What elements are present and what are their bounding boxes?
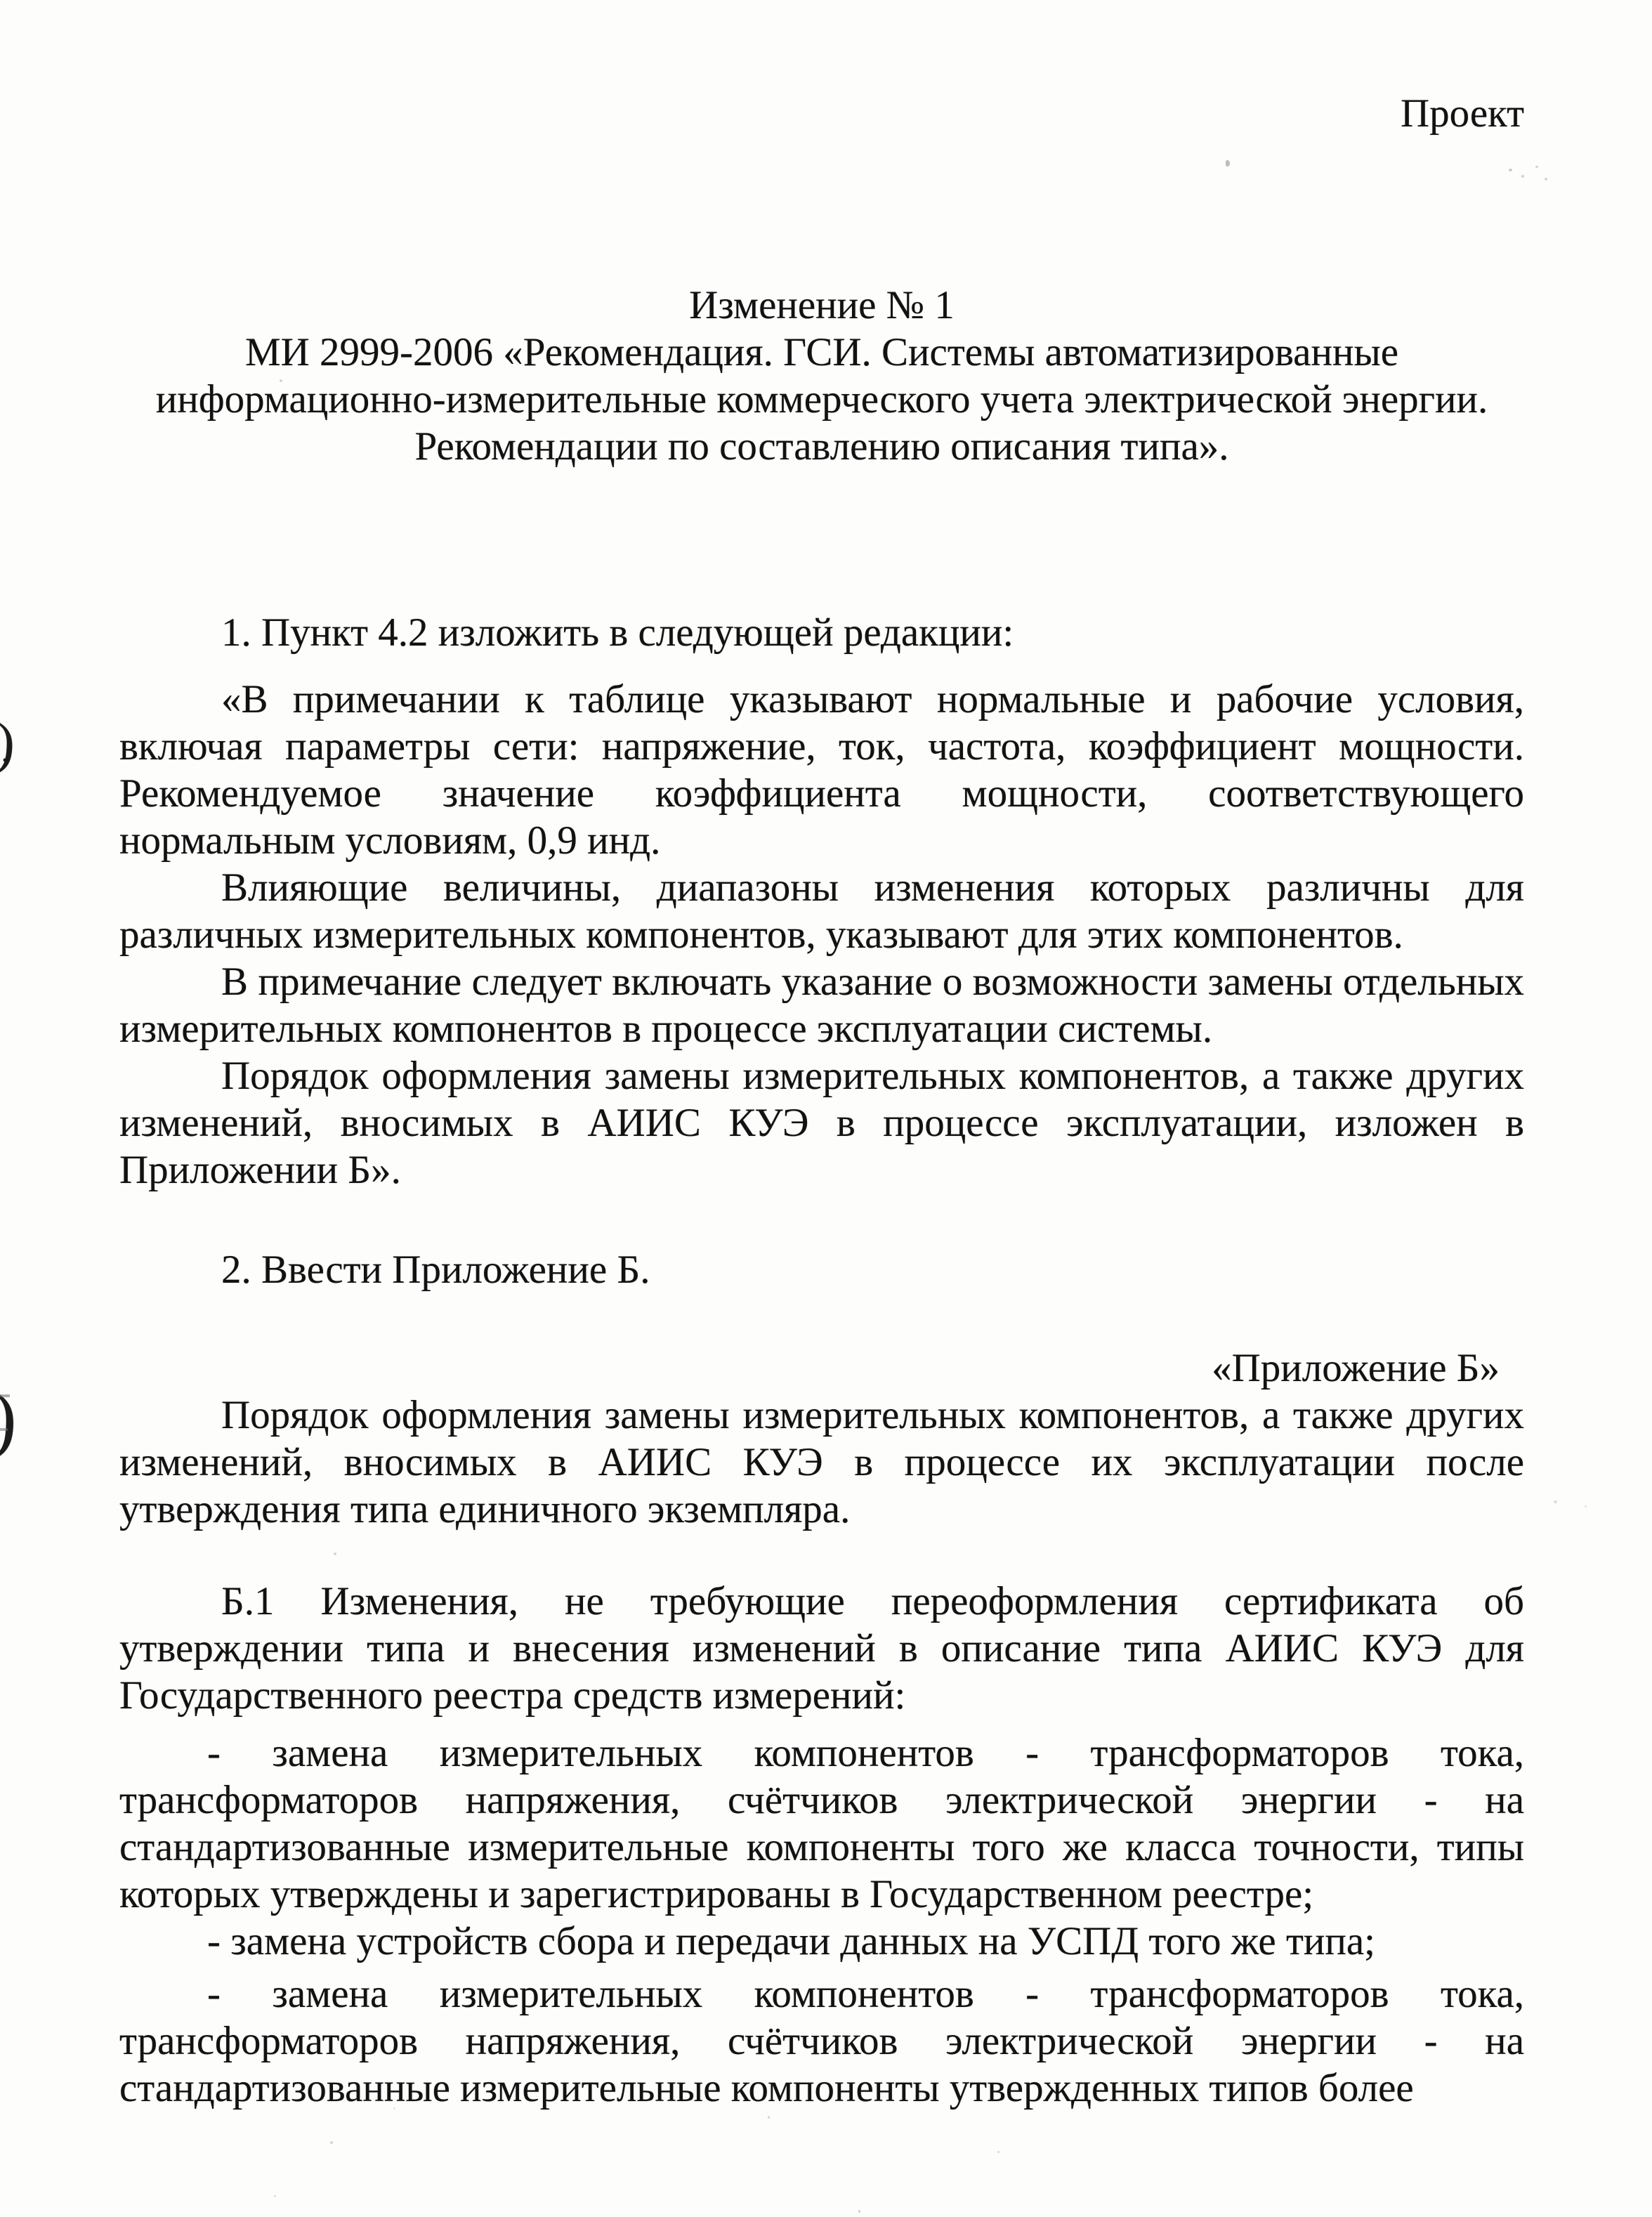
section-2-heading: 2. Ввести Приложение Б.: [119, 1246, 1524, 1293]
title-line-3: информационно-измерительные коммерческог…: [119, 376, 1524, 423]
document-title: Изменение № 1 МИ 2999-2006 «Рекомендация…: [119, 282, 1524, 470]
scan-speckle: [1585, 1505, 1587, 1508]
title-line-1: Изменение № 1: [119, 282, 1524, 329]
list-item: - замена измерительных компонентов - тра…: [119, 1970, 1524, 2112]
scan-artifact-parenthesis: ): [0, 1382, 19, 1459]
paragraph: Влияющие величины, диапазоны изменения к…: [119, 864, 1524, 958]
scan-speckle: [858, 2210, 860, 2213]
annex-intro-paragraph: Порядок оформления замены измерительных …: [119, 1392, 1524, 1533]
list-item: - замена устройств сбора и передачи данн…: [119, 1918, 1524, 1965]
document-content: Проект Изменение № 1 МИ 2999-2006 «Реком…: [119, 0, 1524, 2112]
annex-label: «Приложение Б»: [119, 1345, 1524, 1392]
scan-speckle: [1535, 166, 1538, 168]
paragraph: Порядок оформления замены измерительных …: [119, 1052, 1524, 1193]
paragraph: В примечание следует включать указание о…: [119, 958, 1524, 1052]
scan-speckle: [330, 2141, 333, 2144]
scan-speckle: [1545, 178, 1547, 181]
scan-speckle: [1554, 1500, 1557, 1503]
scan-artifact-comma: ,: [1, 735, 10, 767]
paragraph: «В примечании к таблице указывают нормал…: [119, 676, 1524, 864]
title-line-2: МИ 2999-2006 «Рекомендация. ГСИ. Системы…: [119, 329, 1524, 376]
list-item: - замена измерительных компонентов - тра…: [119, 1729, 1524, 1918]
title-line-4: Рекомендации по составлению описания тип…: [119, 423, 1524, 470]
clause-b1-paragraph: Б.1 Изменения, не требующие переоформлен…: [119, 1578, 1524, 1719]
scan-speckle: [274, 2195, 276, 2197]
scan-speckle: [997, 2151, 999, 2153]
draft-label: Проект: [119, 90, 1524, 137]
scan-artifact-edge-mark: [0, 1428, 8, 1431]
scanned-document-page: ) , ) Проект Изменение № 1 МИ 2999-2006 …: [0, 0, 1652, 2217]
scan-artifact-edge-mark: [0, 1394, 10, 1397]
scan-speckle: [768, 2116, 770, 2119]
section-1-heading: 1. Пункт 4.2 изложить в следующей редакц…: [119, 609, 1524, 656]
